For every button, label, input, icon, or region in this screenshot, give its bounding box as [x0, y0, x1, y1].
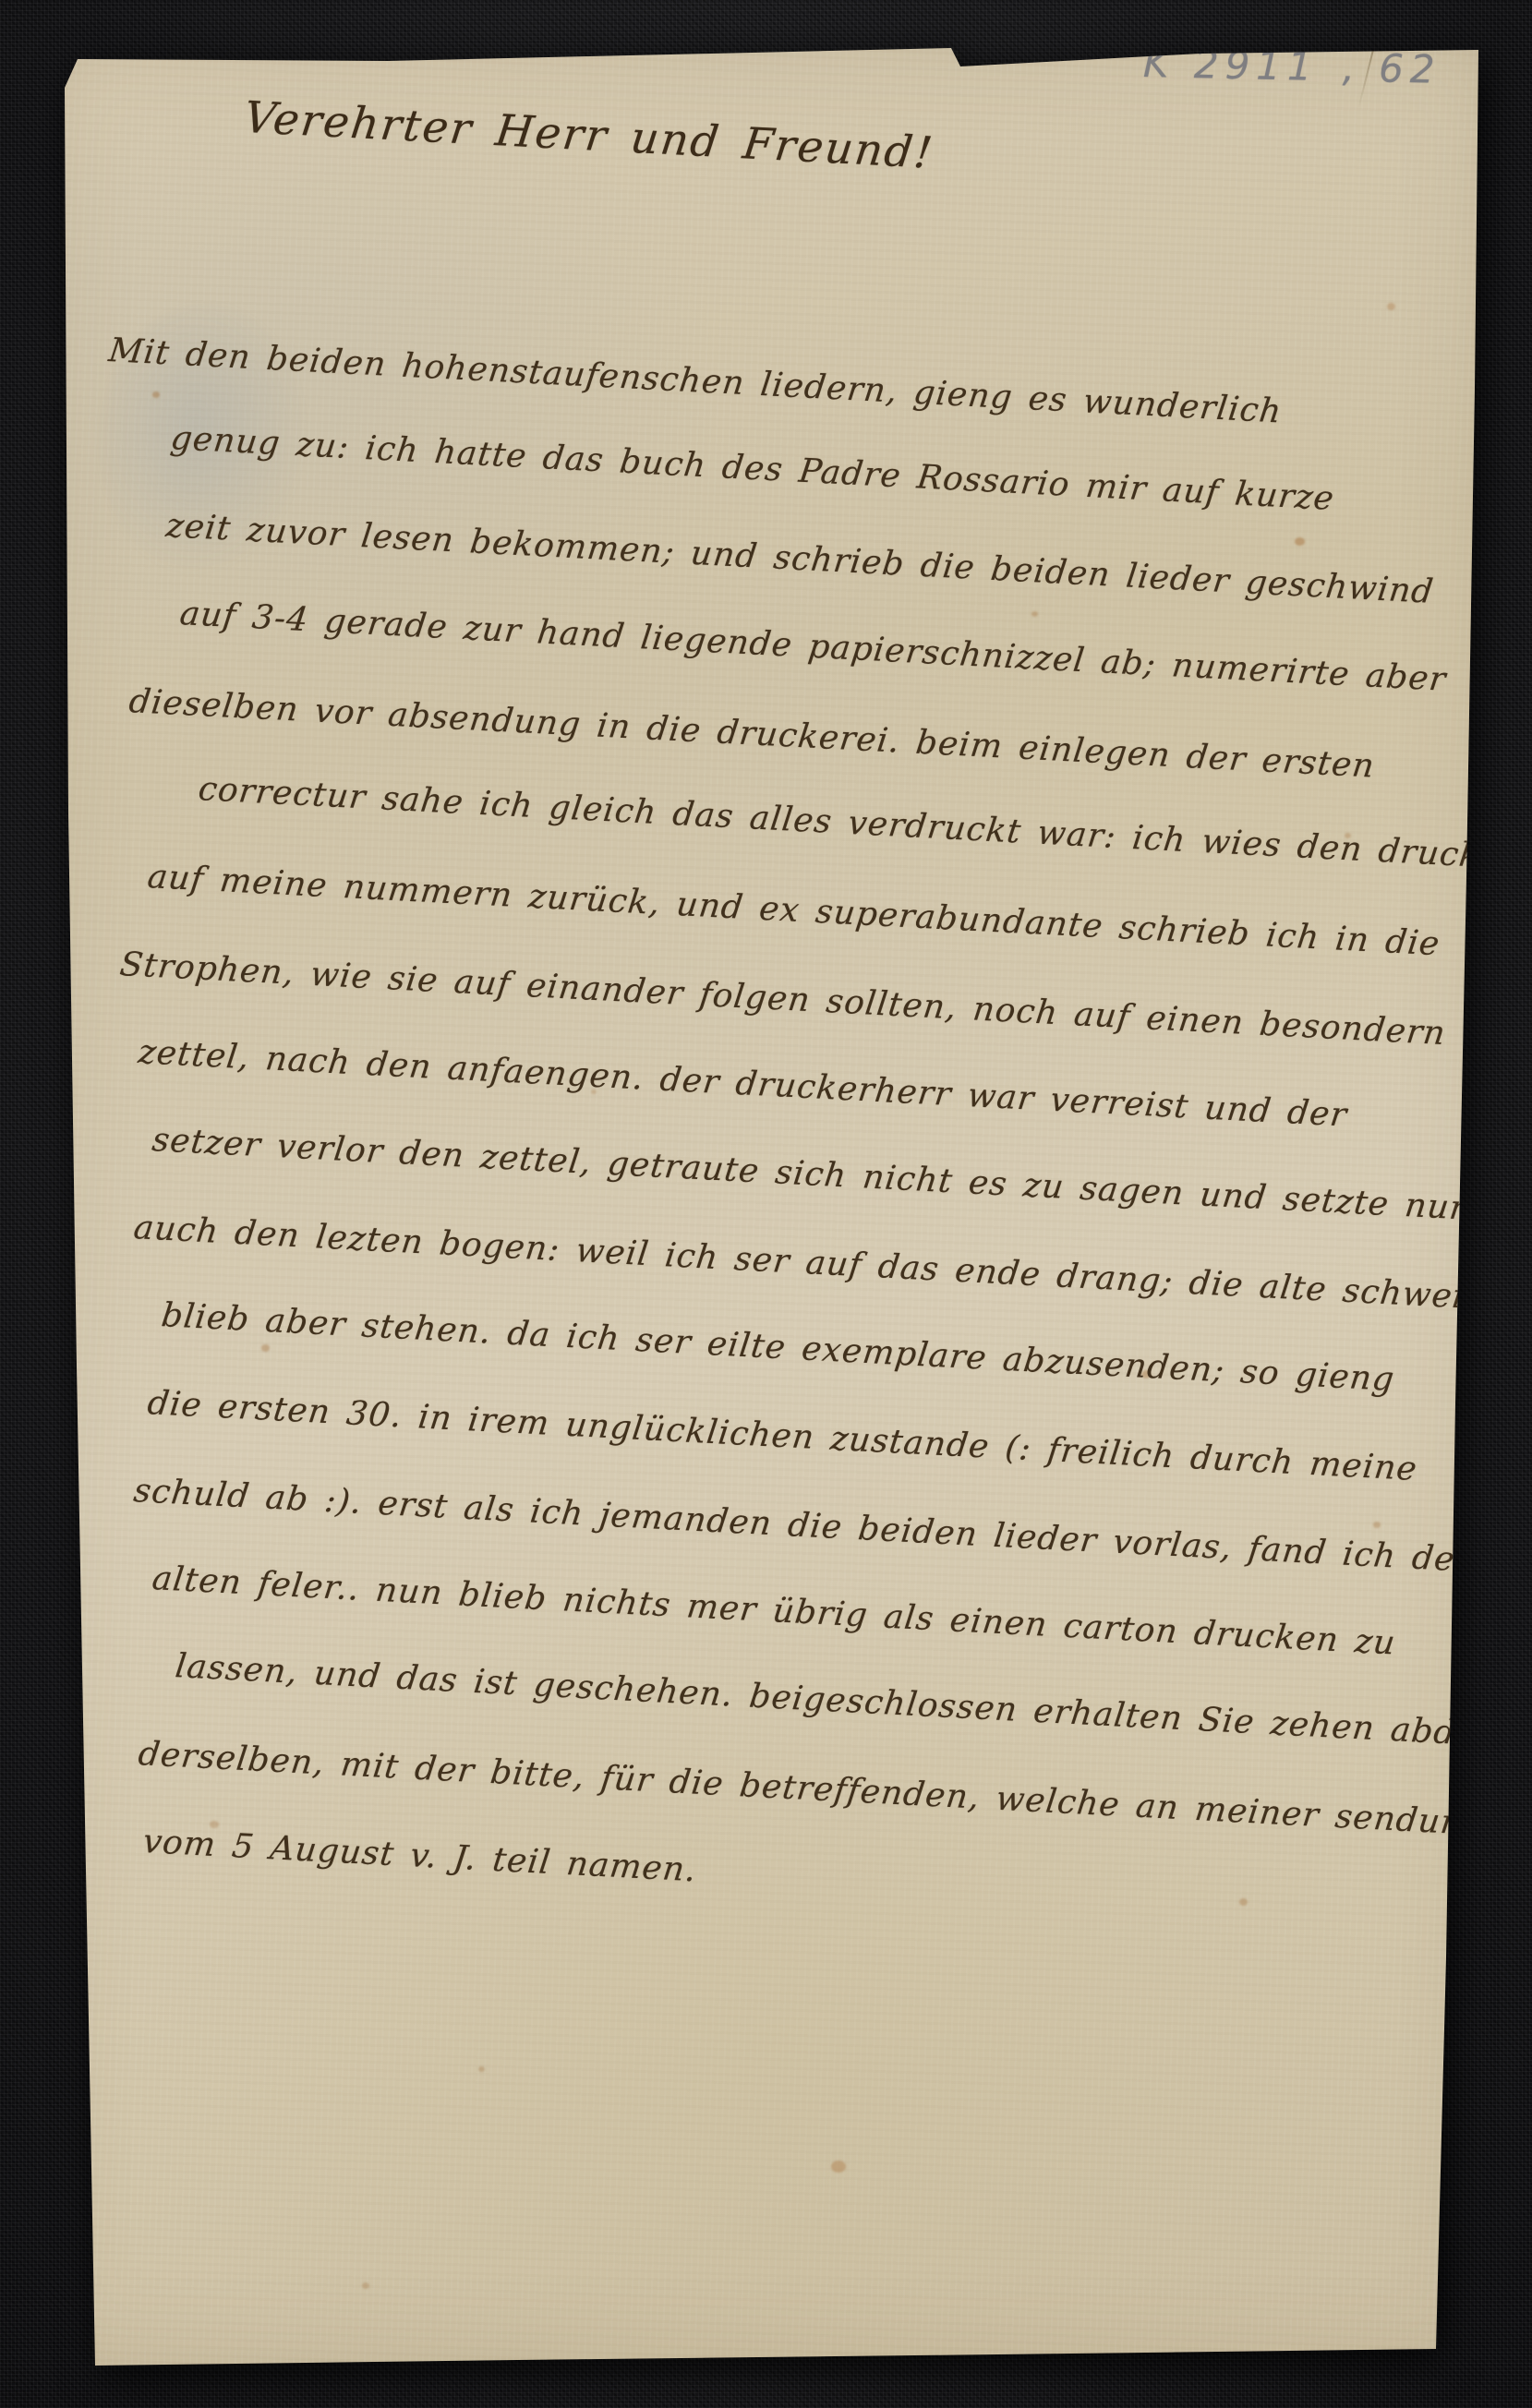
foxing-stain: [478, 2066, 485, 2072]
letter-body: Mit den beiden hohenstaufenschen liedern…: [106, 307, 1464, 1885]
foxing-stain: [831, 2161, 846, 2173]
paper-shadow-wrap: K 2911 , 62 Verehrter Herr und Freund! M…: [0, 0, 1532, 2408]
archive-annotation: K 2911 , 62: [1143, 41, 1495, 93]
archive-mark: K 2911: [1143, 41, 1320, 90]
page-number: 62: [1379, 45, 1442, 91]
letter-page: K 2911 , 62 Verehrter Herr und Freund! M…: [0, 0, 1532, 2408]
salutation: Verehrter Herr und Freund!: [241, 92, 936, 179]
foxing-stain: [362, 2282, 369, 2289]
photograph-of-manuscript-letter: { "annotations": { "archive_mark": "K 29…: [0, 0, 1532, 2408]
annotation-separator: ,: [1342, 45, 1355, 90]
